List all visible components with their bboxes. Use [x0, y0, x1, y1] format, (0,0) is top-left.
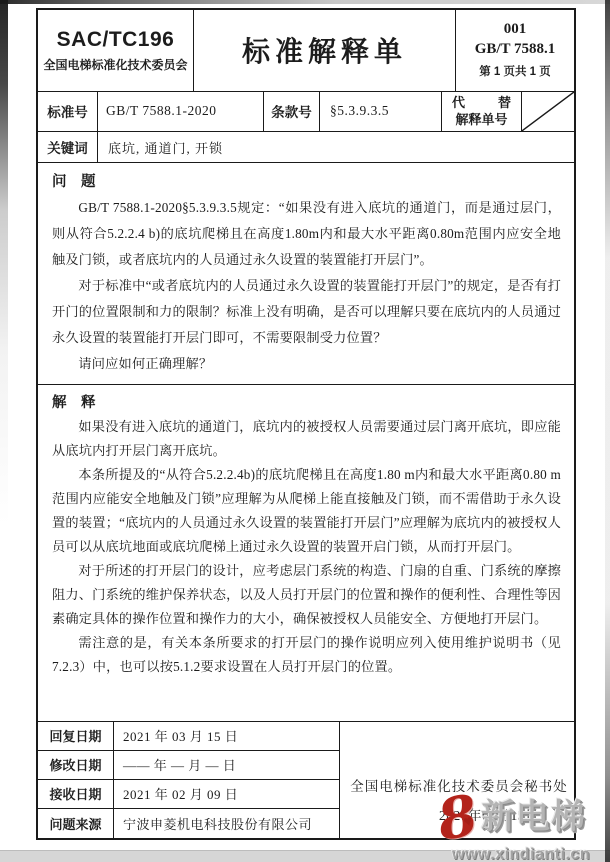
interpretation-paragraph: 需注意的是，有关本条所要求的打开层门的操作说明应列入使用维护说明书（见7.2.3… — [52, 631, 561, 679]
standard-code: GB/T 7588.1 — [475, 41, 556, 58]
keywords-value: 底坑, 通道门, 开锁 — [98, 132, 574, 163]
clause-value: §5.3.9.3.5 — [320, 92, 442, 131]
question-paragraph: 对于标准中“或者底坑内的人员通过永久设置的装置能打开层门”的规定，是否有打开门的… — [52, 273, 561, 351]
keywords-label: 关键词 — [38, 132, 98, 163]
interpretation-section: 解 释 如果没有进入底坑的通道门，底坑内的被授权人员需要通过层门离开底坑，即应能… — [38, 385, 574, 722]
interpretation-paragraph: 本条所提及的“从符合5.2.2.4b)的底坑爬梯且在高度1.80 m内和最大水平… — [52, 463, 561, 559]
receive-date-label: 接收日期 — [38, 780, 114, 809]
xindianti-logo-icon: 8 — [434, 789, 481, 847]
question-source-label: 问题来源 — [38, 809, 114, 838]
question-paragraph: 请问应如何正确理解？ — [52, 351, 561, 377]
question-heading: 问 题 — [52, 169, 561, 195]
document-title: 标准解释单 — [194, 10, 456, 91]
replaced-sheet-label-line2: 解释单号 — [455, 111, 507, 128]
replaced-sheet-label: 代 替 解释单号 — [442, 92, 522, 131]
replaced-sheet-empty-cell — [522, 92, 574, 131]
interpretation-heading: 解 释 — [52, 391, 561, 415]
xindianti-watermark: 8 ♥ 新电梯 www.xindianti.cn — [438, 792, 610, 862]
footer-dates-table: 回复日期 2021 年 03 月 15 日 修改日期 —— 年 — 月 — 日 … — [38, 722, 340, 838]
committee-code: SAC/TC196 — [57, 28, 175, 52]
watermark-brand-text: 新电梯 — [481, 798, 586, 836]
replace-char-1: 代 — [452, 94, 465, 111]
receive-date-value: 2021 年 02 月 09 日 — [114, 780, 340, 809]
doc-info-cell: 001 GB/T 7588.1 第 1 页共 1 页 — [456, 10, 574, 91]
standard-no-value: GB/T 7588.1-2020 — [98, 92, 264, 131]
page-indicator: 第 1 页共 1 页 — [479, 63, 551, 79]
replace-char-2: 替 — [498, 94, 511, 111]
header-row: SAC/TC196 全国电梯标准化技术委员会 标准解释单 001 GB/T 75… — [38, 10, 574, 92]
revision-date-label: 修改日期 — [38, 751, 114, 780]
interpretation-paragraph: 对于所述的打开层门的设计，应考虑层门系统的构造、门扇的自重、门系统的摩擦阻力、门… — [52, 559, 561, 631]
question-source-value: 宁波申菱机电科技股份有限公司 — [114, 809, 340, 838]
meta-row: 标准号 GB/T 7588.1-2020 条款号 §5.3.9.3.5 代 替 … — [38, 92, 574, 132]
revision-date-value: —— 年 — 月 — 日 — [114, 751, 340, 780]
clause-label: 条款号 — [264, 92, 320, 131]
watermark-url-text: www.xindianti.cn — [452, 846, 610, 862]
scan-edge-right — [605, 0, 610, 862]
standard-no-label: 标准号 — [38, 92, 98, 131]
replaced-sheet-label-line1: 代 替 — [442, 94, 521, 111]
diagonal-slash — [522, 92, 574, 131]
committee-cell: SAC/TC196 全国电梯标准化技术委员会 — [38, 10, 194, 91]
scan-edge-left — [0, 0, 8, 700]
keywords-row: 关键词 底坑, 通道门, 开锁 — [38, 132, 574, 164]
reply-date-label: 回复日期 — [38, 722, 114, 751]
committee-name: 全国电梯标准化技术委员会 — [43, 56, 187, 73]
interpretation-paragraph: 如果没有进入底坑的通道门，底坑内的被授权人员需要通过层门离开底坑，即应能从底坑内… — [52, 415, 561, 463]
scan-edge-top — [0, 0, 610, 4]
standard-interpretation-sheet: SAC/TC196 全国电梯标准化技术委员会 标准解释单 001 GB/T 75… — [36, 8, 576, 840]
sheet-number: 001 — [504, 21, 527, 38]
watermark-logo-row: 8 ♥ 新电梯 — [438, 792, 610, 844]
question-paragraph: GB/T 7588.1-2020§5.3.9.3.5规定：“如果没有进入底坑的通… — [52, 195, 561, 273]
question-section: 问 题 GB/T 7588.1-2020§5.3.9.3.5规定：“如果没有进入… — [38, 163, 574, 384]
reply-date-value: 2021 年 03 月 15 日 — [114, 722, 340, 751]
